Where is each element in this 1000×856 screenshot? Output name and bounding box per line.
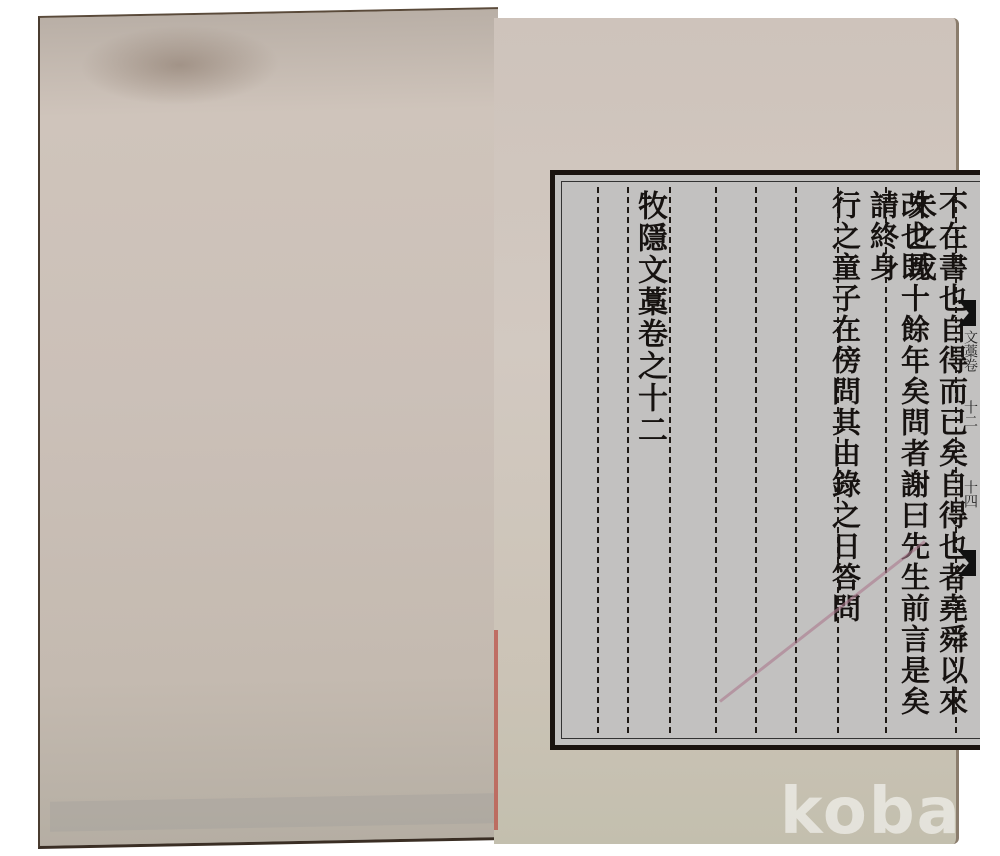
- fold-number-top: 十二: [960, 400, 980, 428]
- fishtail-mark-top-icon: [958, 300, 976, 326]
- left-blank-page: [38, 7, 498, 849]
- text-column-2: 改也既十餘年矣問者謝曰先生前言是矣請終身: [867, 190, 929, 745]
- column-rule: [627, 187, 629, 733]
- repair-tape-strip: [50, 793, 498, 832]
- fishtail-mark-bottom-icon: [958, 550, 976, 576]
- column-rule: [715, 187, 717, 733]
- column-rule: [795, 187, 797, 733]
- column-rule: [755, 187, 757, 733]
- column-rule: [597, 187, 599, 733]
- watermark: kobay: [780, 775, 1000, 849]
- text-column-3: 行之童子在傍問其由錄之日答問: [829, 190, 860, 624]
- volume-title: 牧隱文藁卷之十二: [633, 190, 665, 446]
- column-rule: [669, 187, 671, 733]
- fold-number-bottom: 十四: [960, 480, 980, 508]
- spine-red-mark: [494, 630, 498, 830]
- fold-volume-label: 文藁卷: [960, 330, 980, 372]
- water-stain: [80, 23, 280, 107]
- fold-margin: 文藁卷 十二 十四: [958, 300, 978, 580]
